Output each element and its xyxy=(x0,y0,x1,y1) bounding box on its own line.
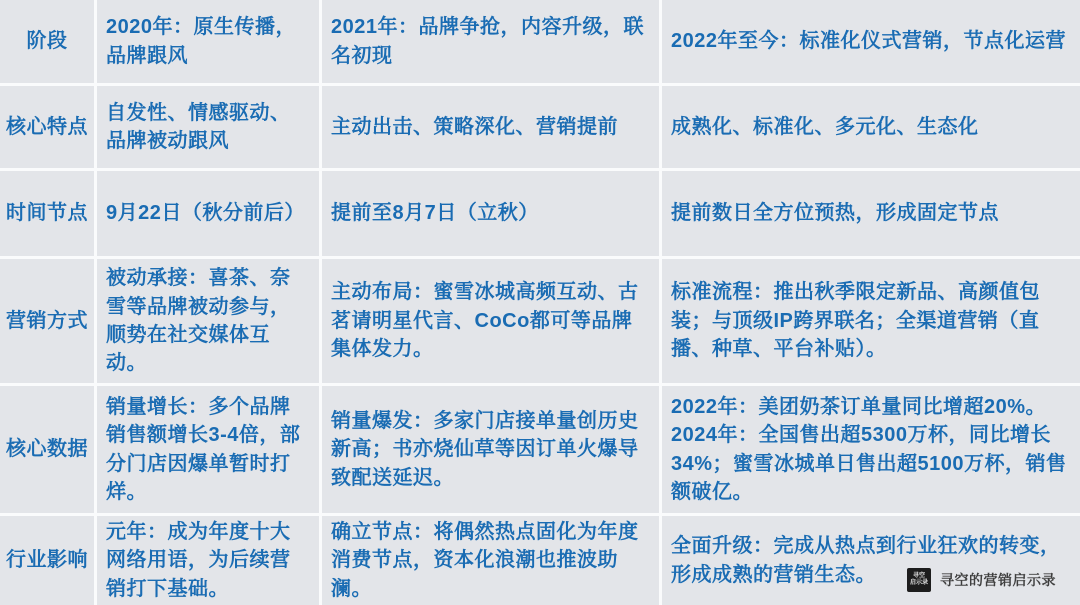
table-cell: 被动承接：喜茶、奈雪等品牌被动参与，顺势在社交媒体互动。 xyxy=(97,259,319,383)
table-cell-text: 标准流程：推出秋季限定新品、高颜值包装；与顶级IP跨界联名；全渠道营销（直播、种… xyxy=(671,278,1071,363)
table-cell: 2022年：美团奶茶订单量同比增超20%。2024年：全国售出超5300万杯，同… xyxy=(662,386,1080,513)
table-cell-text: 2022年：美团奶茶订单量同比增超20%。2024年：全国售出超5300万杯，同… xyxy=(671,393,1071,507)
table-cell-text: 主动布局：蜜雪冰城高频互动、古茗请明星代言、CoCo都可等品牌集体发力。 xyxy=(331,278,650,363)
table-cell-text: 提前至8月7日（立秋） xyxy=(331,199,539,227)
table-cell-text: 确立节点：将偶然热点固化为年度消费节点，资本化浪潮也推波助澜。 xyxy=(331,518,650,603)
watermark-logo-line1: 寻空 xyxy=(913,573,925,580)
table-cell: 成熟化、标准化、多元化、生态化 xyxy=(662,86,1080,168)
table-cell-text: 成熟化、标准化、多元化、生态化 xyxy=(671,113,979,141)
table-cell: 元年：成为年度十大网络用语，为后续营销打下基础。 xyxy=(97,516,319,605)
table-cell-text: 2020年：原生传播，品牌跟风 xyxy=(106,13,310,70)
table-cell: 标准流程：推出秋季限定新品、高颜值包装；与顶级IP跨界联名；全渠道营销（直播、种… xyxy=(662,259,1080,383)
table-cell: 2020年：原生传播，品牌跟风 xyxy=(97,0,319,83)
watermark-text: 寻空的营销启示录 xyxy=(940,570,1056,590)
table-cell: 提前数日全方位预热，形成固定节点 xyxy=(662,171,1080,256)
comparison-table: 阶段2020年：原生传播，品牌跟风2021年：品牌争抢，内容升级，联名初现202… xyxy=(0,0,1080,605)
table-cell: 销量爆发：多家门店接单量创历史新高；书亦烧仙草等因订单火爆导致配送延迟。 xyxy=(322,386,659,513)
table-cell: 提前至8月7日（立秋） xyxy=(322,171,659,256)
table-cell: 销量增长：多个品牌销售额增长3-4倍，部分门店因爆单暂时打烊。 xyxy=(97,386,319,513)
watermark-logo-line2: 启示录 xyxy=(910,580,928,587)
row-header: 时间节点 xyxy=(0,171,94,256)
table-cell: 主动出击、策略深化、营销提前 xyxy=(322,86,659,168)
row-header: 核心数据 xyxy=(0,386,94,513)
table-cell-text: 被动承接：喜茶、奈雪等品牌被动参与，顺势在社交媒体互动。 xyxy=(106,264,310,378)
table-cell: 主动布局：蜜雪冰城高频互动、古茗请明星代言、CoCo都可等品牌集体发力。 xyxy=(322,259,659,383)
watermark-logo-icon: 寻空 启示录 xyxy=(907,568,931,592)
table-cell: 自发性、情感驱动、品牌被动跟风 xyxy=(97,86,319,168)
table-cell-text: 元年：成为年度十大网络用语，为后续营销打下基础。 xyxy=(106,518,310,603)
table-cell-text: 销量爆发：多家门店接单量创历史新高；书亦烧仙草等因订单火爆导致配送延迟。 xyxy=(331,407,650,492)
table-cell-text: 主动出击、策略深化、营销提前 xyxy=(331,113,618,141)
table-cell-text: 销量增长：多个品牌销售额增长3-4倍，部分门店因爆单暂时打烊。 xyxy=(106,393,310,507)
table-cell-text: 提前数日全方位预热，形成固定节点 xyxy=(671,199,999,227)
row-header: 行业影响 xyxy=(0,516,94,605)
row-header: 营销方式 xyxy=(0,259,94,383)
table-cell: 2021年：品牌争抢，内容升级，联名初现 xyxy=(322,0,659,83)
row-header: 核心特点 xyxy=(0,86,94,168)
row-header: 阶段 xyxy=(0,0,94,83)
table-cell: 9月22日（秋分前后） xyxy=(97,171,319,256)
table-cell-text: 2021年：品牌争抢，内容升级，联名初现 xyxy=(331,13,650,70)
watermark: 寻空 启示录 寻空的营销启示录 xyxy=(907,568,1056,592)
marketing-stages-table-page: 阶段2020年：原生传播，品牌跟风2021年：品牌争抢，内容升级，联名初现202… xyxy=(0,0,1080,605)
table-cell: 2022年至今：标准化仪式营销，节点化运营 xyxy=(662,0,1080,83)
table-cell-text: 2022年至今：标准化仪式营销，节点化运营 xyxy=(671,27,1066,55)
table-cell-text: 9月22日（秋分前后） xyxy=(106,199,305,227)
table-cell: 确立节点：将偶然热点固化为年度消费节点，资本化浪潮也推波助澜。 xyxy=(322,516,659,605)
table-cell-text: 自发性、情感驱动、品牌被动跟风 xyxy=(106,99,310,156)
